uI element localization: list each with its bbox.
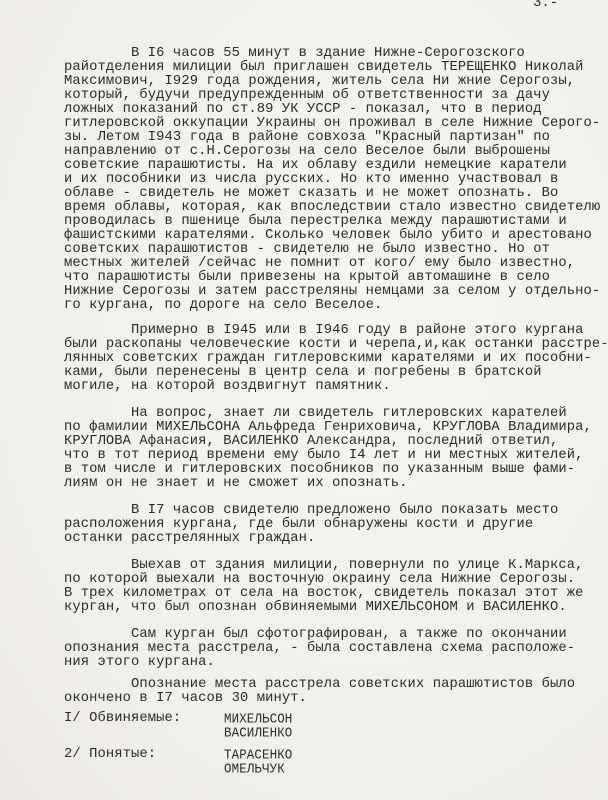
text-line: го кургана, по дороге на село Веселое.: [64, 299, 608, 313]
paragraph: В I6 часов 55 минут в здание Нижне-Серог…: [64, 47, 608, 313]
text-line: окончено в I7 часов 30 минут.: [64, 692, 608, 706]
participant-name: ОМЕЛЬЧУК: [224, 761, 608, 777]
document-body: В I6 часов 55 минут в здание Нижне-Серог…: [64, 47, 608, 784]
text-line: останки расстрелянных граждан.: [64, 532, 608, 546]
participant-label: I/ Обвиняемые:: [64, 712, 181, 726]
text-line: курган, что был опознан обвиняемыми МИХЕ…: [64, 601, 608, 615]
participant-names: МИХЕЛЬСОНВАСИЛЕНКО: [224, 712, 608, 740]
paragraph: Опознание места расстрела советских пара…: [64, 678, 608, 706]
participant-group: I/ Обвиняемые:МИХЕЛЬСОНВАСИЛЕНКО: [64, 712, 608, 740]
paragraph: В I7 часов свидетелю предложено было пок…: [64, 504, 608, 546]
participant-label: 2/ Понятые:: [64, 748, 156, 762]
participant-names: ТАРАСЕНКООМЕЛЬЧУК: [224, 748, 608, 776]
text-line: могиле, на которой воздвигнут памятник.: [64, 380, 608, 394]
paragraph: Сам курган был сфотографирован, а также …: [64, 628, 608, 670]
paragraph: Выехав от здания милиции, повернули по у…: [64, 559, 608, 615]
paragraph: Примерно в I945 или в I946 году в районе…: [64, 324, 608, 394]
document-page: 3.- В I6 часов 55 минут в здание Нижне-С…: [0, 0, 608, 800]
paragraph: На вопрос, знает ли свидетель гитлеровск…: [64, 407, 608, 491]
text-line: лиям он не знает и не сможет их опознать…: [64, 477, 608, 491]
text-line: ния этого кургана.: [64, 656, 608, 670]
page-number: 3.-: [533, 0, 558, 11]
participant-name: ВАСИЛЕНКО: [224, 725, 608, 741]
participant-group: 2/ Понятые:ТАРАСЕНКООМЕЛЬЧУК: [64, 748, 608, 776]
